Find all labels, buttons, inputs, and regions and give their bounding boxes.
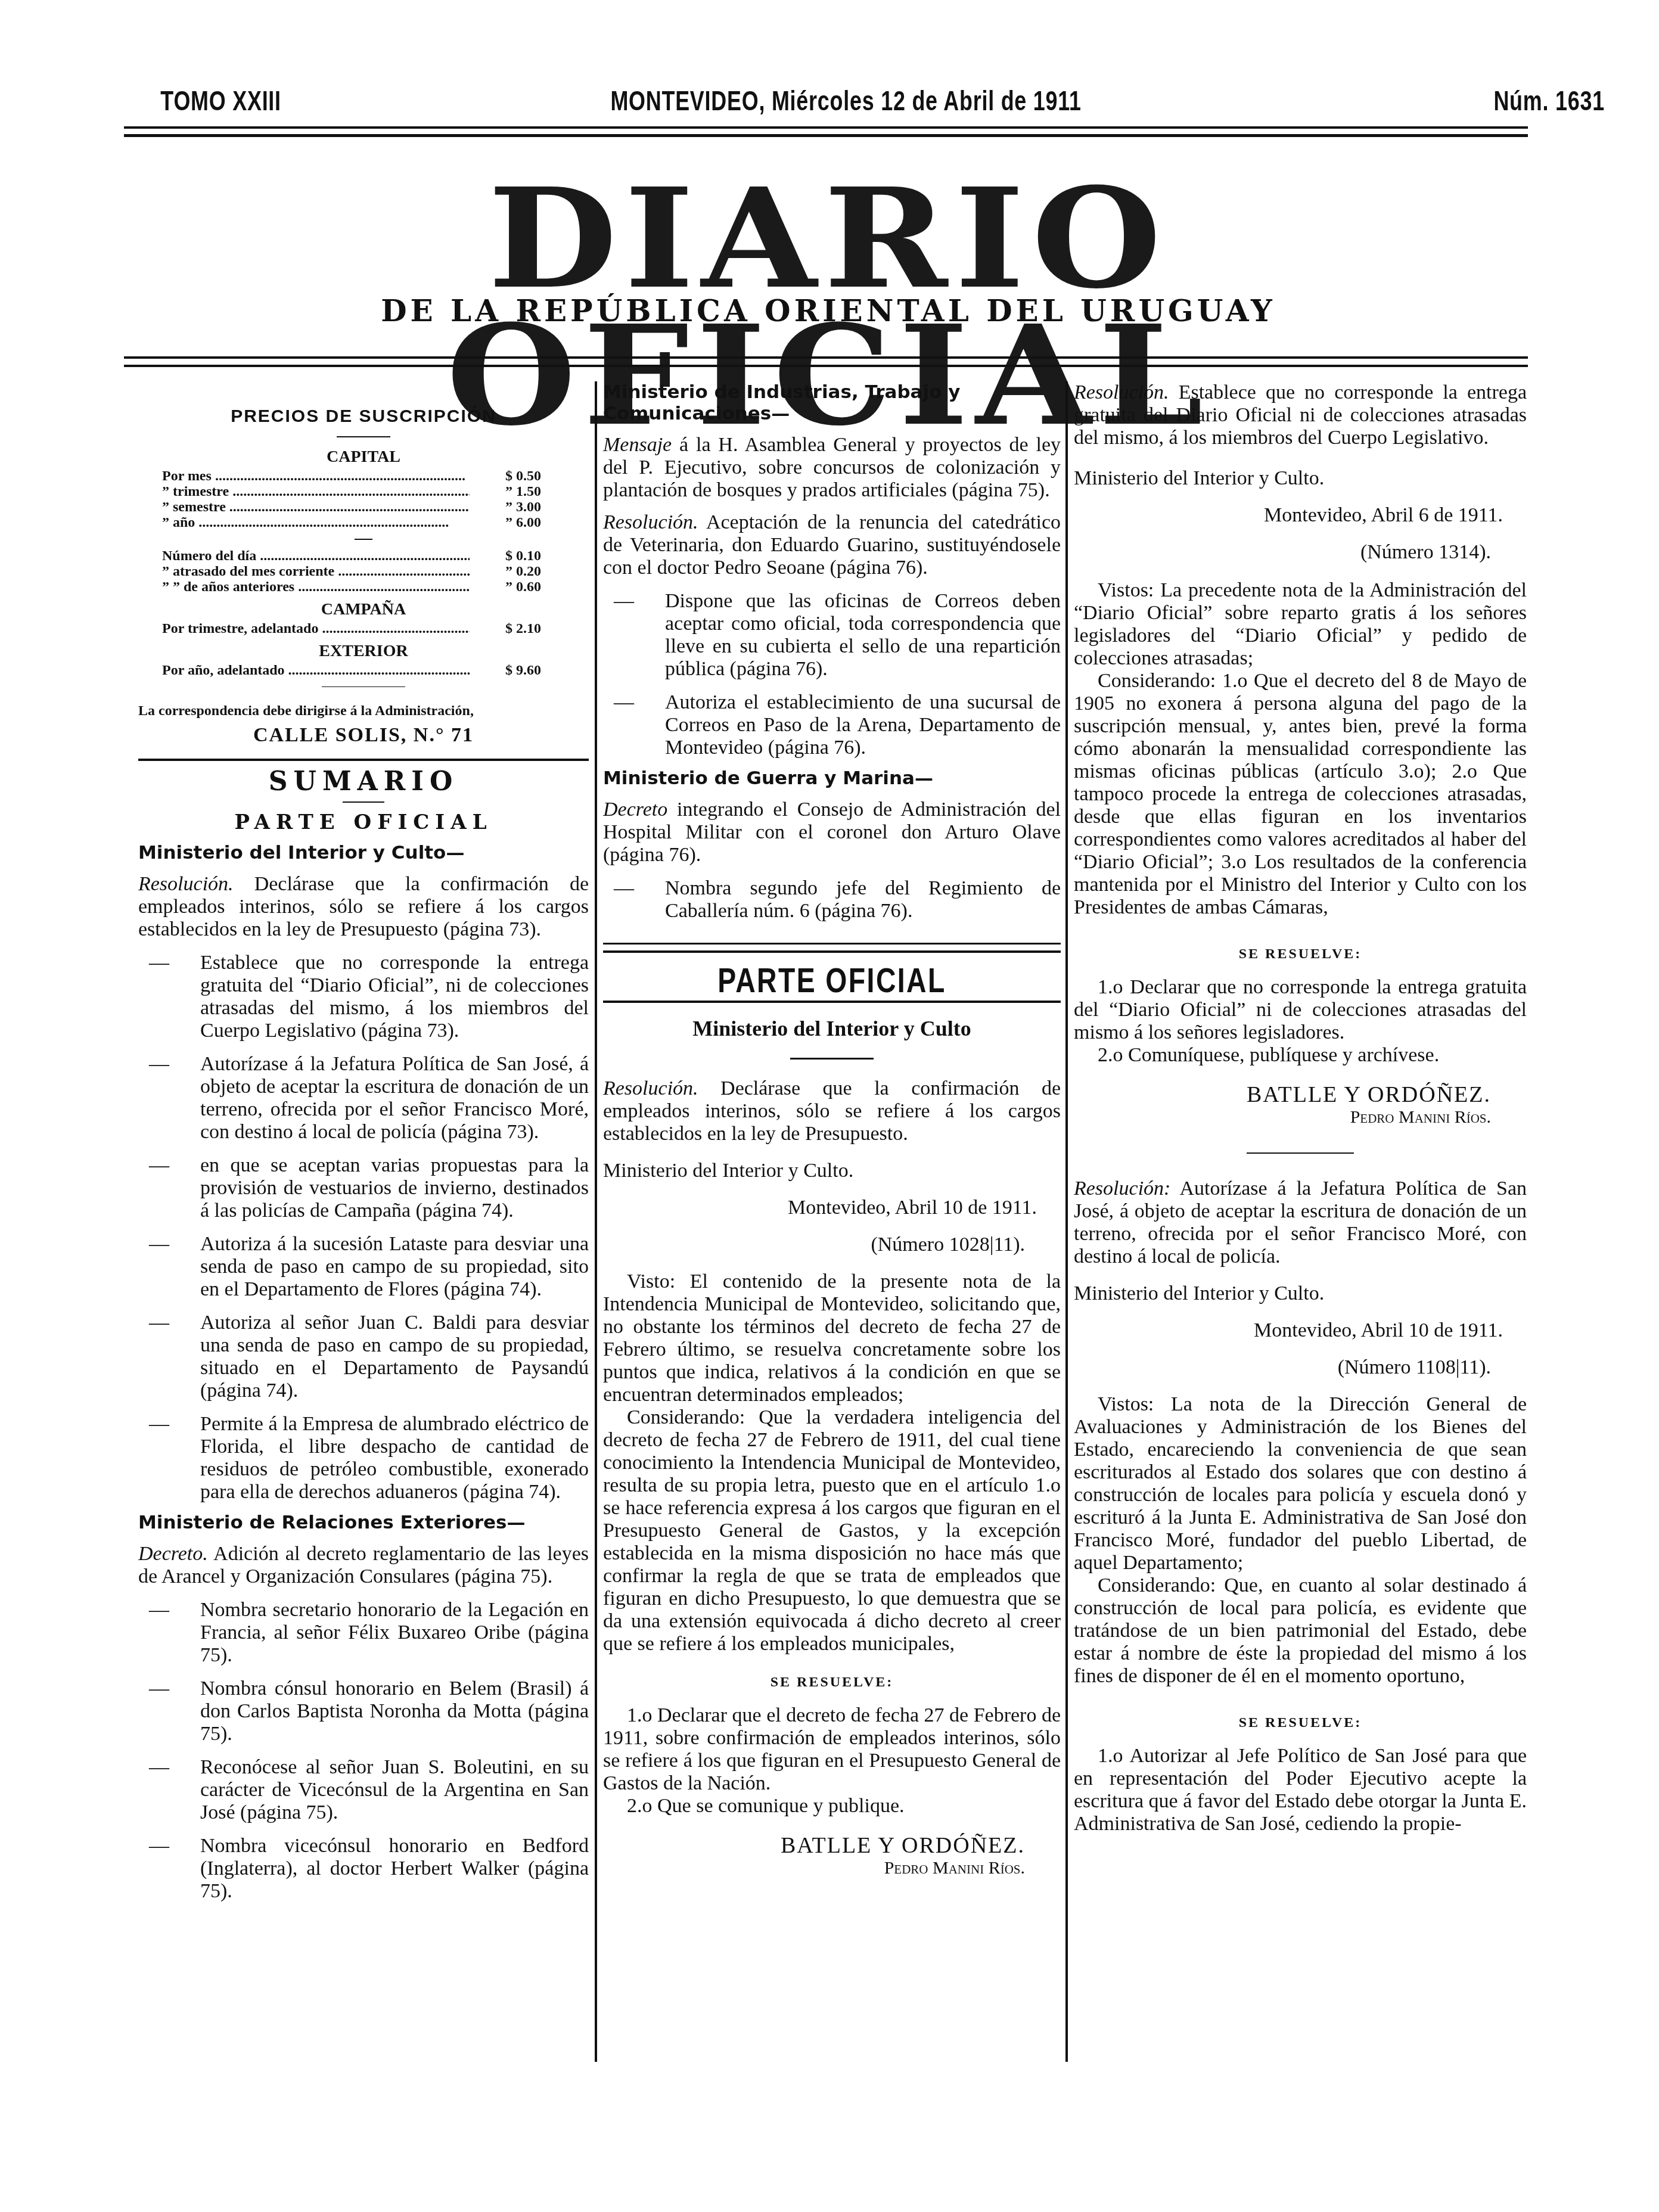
resolution-point: 2.o Que se comunique y publique. [603,1795,1061,1818]
volume-label: TOMO XXIII [160,85,281,117]
summary-title: SUMARIO [138,771,589,793]
section-rule [603,950,1061,953]
summary-item: —Establece que no corresponde la entrega… [138,952,589,1042]
resolution-origin: Ministerio del Interior y Culto. [1074,467,1527,490]
summary-item: —Nombra segundo jefe del Regimiento de C… [603,877,1061,922]
dash-marker: — [614,691,634,714]
divider [790,1058,874,1060]
divider [337,436,390,437]
dash-marker: — [149,1413,169,1436]
resolution-points: 1.o Declarar que no corresponde la entre… [1074,976,1527,1067]
summary-section-title: PARTE OFICIAL [138,811,589,834]
resolution-summary: Resolución. Establece que no corresponde… [1074,381,1527,449]
summary-entry: Decreto integrando el Consejo de Adminis… [603,799,1061,866]
divider [355,539,372,540]
summary-entry: Resolución. Declárase que la confirmació… [138,873,589,941]
considerando-paragraph: Considerando: Que la verdadera inteligen… [603,1406,1061,1655]
exterior-heading: EXTERIOR [138,640,589,663]
dash-marker: — [149,1756,169,1779]
summary-entry: Mensaje á la H. Asamblea General y proye… [603,434,1061,502]
office-address: CALLE SOLIS, N.° 71 [138,724,589,747]
vistos-paragraph: Vistos: La precedente nota de la Adminis… [1074,579,1527,670]
summary-entry: Decreto. Adición al decreto reglamentari… [138,1543,589,1588]
section-rule [138,759,589,761]
section-rule [603,943,1061,945]
price-row: ” semestre” 3.00 [138,499,589,515]
summary-item: —Autoriza al señor Juan C. Baldi para de… [138,1312,589,1402]
signature-minister: Pedro Manini Ríos. [1074,1106,1527,1129]
price-row: ” ” de años anteriores” 0.60 [138,579,589,595]
summary-interior-items: —Establece que no corresponde la entrega… [138,952,589,1503]
divider [343,801,384,803]
price-row: Número del día$ 0.10 [138,548,589,564]
single-issue-price-list: Número del día$ 0.10” atrasado del mes c… [138,548,589,595]
summary-guerra-items: —Nombra segundo jefe del Regimiento de C… [603,877,1061,922]
masthead-info-line: TOMO XXIII MONTEVIDEO, Miércoles 12 de A… [155,85,1226,126]
resuelve-heading: SE RESUELVE: [1074,1711,1527,1734]
divider [322,686,405,687]
subscription-prices-title: PRECIOS DE SUSCRIPCIÓN [138,405,589,428]
dash-marker: — [614,590,634,613]
issue-number: Núm. 1631 [1493,85,1605,117]
price-row: Por mes$ 0.50 [138,468,589,484]
dash-marker: — [149,1677,169,1700]
summary-exteriores-items: —Nombra secretario honorario de la Legac… [138,1599,589,1903]
resolution-points: 1.o Declarar que el decreto de fecha 27 … [603,1704,1061,1818]
dash-marker: — [614,877,634,900]
header-rule-second [124,134,1528,137]
summary-industrias-items: —Dispone que las oficinas de Correos deb… [603,590,1061,759]
dash-marker: — [149,952,169,974]
dash-marker: — [149,1154,169,1177]
summary-ministry-guerra: Ministerio de Guerra y Marina— [603,768,1061,789]
summary-item: —Dispone que las oficinas de Correos deb… [603,590,1061,681]
resolution-point: 2.o Comuníquese, publíquese y archívese. [1074,1044,1527,1067]
dash-marker: — [149,1312,169,1334]
dateline: MONTEVIDEO, Miércoles 12 de Abril de 191… [610,85,1081,117]
summary-item: —Autoriza á la sucesión Lataste para des… [138,1233,589,1301]
column-divider-1 [595,381,597,2062]
vistos-paragraph: Vistos: La nota de la Dirección General … [1074,1393,1527,1574]
summary-item: —Nombra secretario honorario de la Legac… [138,1599,589,1667]
price-row: ” atrasado del mes corriente” 0.20 [138,564,589,579]
column-3: Resolución. Establece que no corresponde… [1074,381,1527,1835]
considerando-paragraph: Considerando: 1.o Que el decreto del 8 d… [1074,670,1527,919]
summary-item: —Autoriza el establecimiento de una sucu… [603,691,1061,759]
masthead-rule-bottom [124,356,1528,359]
section-rule [603,1001,1061,1003]
correspondence-note: La correspondencia debe dirigirse á la A… [138,703,589,719]
resuelve-heading: SE RESUELVE: [603,1671,1061,1694]
column-1: PRECIOS DE SUSCRIPCIÓN CAPITAL Por mes$ … [138,381,589,1903]
signature-minister: Pedro Manini Ríos. [603,1857,1061,1879]
summary-entry: Resolución. Aceptación de la renuncia de… [603,511,1061,579]
price-row: ” trimestre” 1.50 [138,484,589,499]
dash-marker: — [149,1599,169,1621]
column-2: Ministerio de Industrias, Trabajo y Comu… [603,381,1061,1879]
summary-item: —Reconócese al señor Juan S. Boleutini, … [138,1756,589,1824]
summary-item: —Nombra cónsul honorario en Belem (Brasi… [138,1677,589,1745]
resolution-summary: Resolución. Declárase que la confirmació… [603,1077,1061,1145]
campana-price-row: Por trimestre, adelantado $ 2.10 [138,621,589,636]
capital-heading: CAPITAL [138,446,589,468]
official-ministry-heading: Ministerio del Interior y Culto [603,1017,1061,1040]
exterior-price-row: Por año, adelantado $ 9.60 [138,663,589,678]
resolution-point: 1.o Declarar que el decreto de fecha 27 … [603,1704,1061,1795]
masthead-rule-bottom-2 [124,365,1528,367]
newspaper-subtitle: DE LA REPÚBLICA ORIENTAL DEL URUGUAY [125,293,1531,328]
resolution-date: Montevideo, Abril 10 de 1911. [603,1197,1061,1219]
resolution-point: 1.o Autorizar al Jefe Político de San Jo… [1074,1745,1527,1835]
dash-marker: — [149,1053,169,1076]
resolution-summary: Resolución: Autorízase á la Jefatura Pol… [1074,1178,1527,1268]
resolution-number: (Número 1028|11). [603,1234,1061,1256]
dash-marker: — [149,1835,169,1857]
signature-president: BATLLE Y ORDÓÑEZ. [1074,1083,1527,1106]
summary-ministry-interior: Ministerio del Interior y Culto— [138,842,589,863]
resolution-origin: Ministerio del Interior y Culto. [603,1160,1061,1182]
resolution-date: Montevideo, Abril 6 de 1911. [1074,504,1527,527]
signature-president: BATLLE Y ORDÓÑEZ. [603,1834,1061,1857]
resuelve-heading: SE RESUELVE: [1074,943,1527,965]
price-row: ” año” 6.00 [138,515,589,530]
dash-marker: — [149,1233,169,1256]
summary-item: —en que se aceptan varias propuestas par… [138,1154,589,1222]
column-divider-2 [1065,381,1068,2062]
official-section-title: PARTE OFICIAL [649,970,1015,992]
resolution-origin: Ministerio del Interior y Culto. [1074,1282,1527,1305]
visto-paragraph: Visto: El contenido de la presente nota … [603,1270,1061,1406]
resolution-number: (Número 1314). [1074,541,1527,564]
resolution-date: Montevideo, Abril 10 de 1911. [1074,1319,1527,1342]
considerando-paragraph: Considerando: Que, en cuanto al solar de… [1074,1574,1527,1688]
summary-item: —Permite á la Empresa de alumbrado eléct… [138,1413,589,1503]
resolution-point: 1.o Declarar que no corresponde la entre… [1074,976,1527,1044]
summary-item: —Autorízase á la Jefatura Política de Sa… [138,1053,589,1144]
summary-ministry-industrias: Ministerio de Industrias, Trabajo y Comu… [603,381,1061,424]
capital-price-list: Por mes$ 0.50” trimestre” 1.50” semestre… [138,468,589,530]
divider [1247,1152,1354,1154]
campana-heading: CAMPAÑA [138,598,589,621]
header-rule-top [124,126,1528,129]
summary-ministry-exteriores: Ministerio de Relaciones Exteriores— [138,1512,589,1533]
resolution-points: 1.o Autorizar al Jefe Político de San Jo… [1074,1745,1527,1835]
summary-item: —Nombra vicecónsul honorario en Bedford … [138,1835,589,1903]
resolution-number: (Número 1108|11). [1074,1356,1527,1379]
